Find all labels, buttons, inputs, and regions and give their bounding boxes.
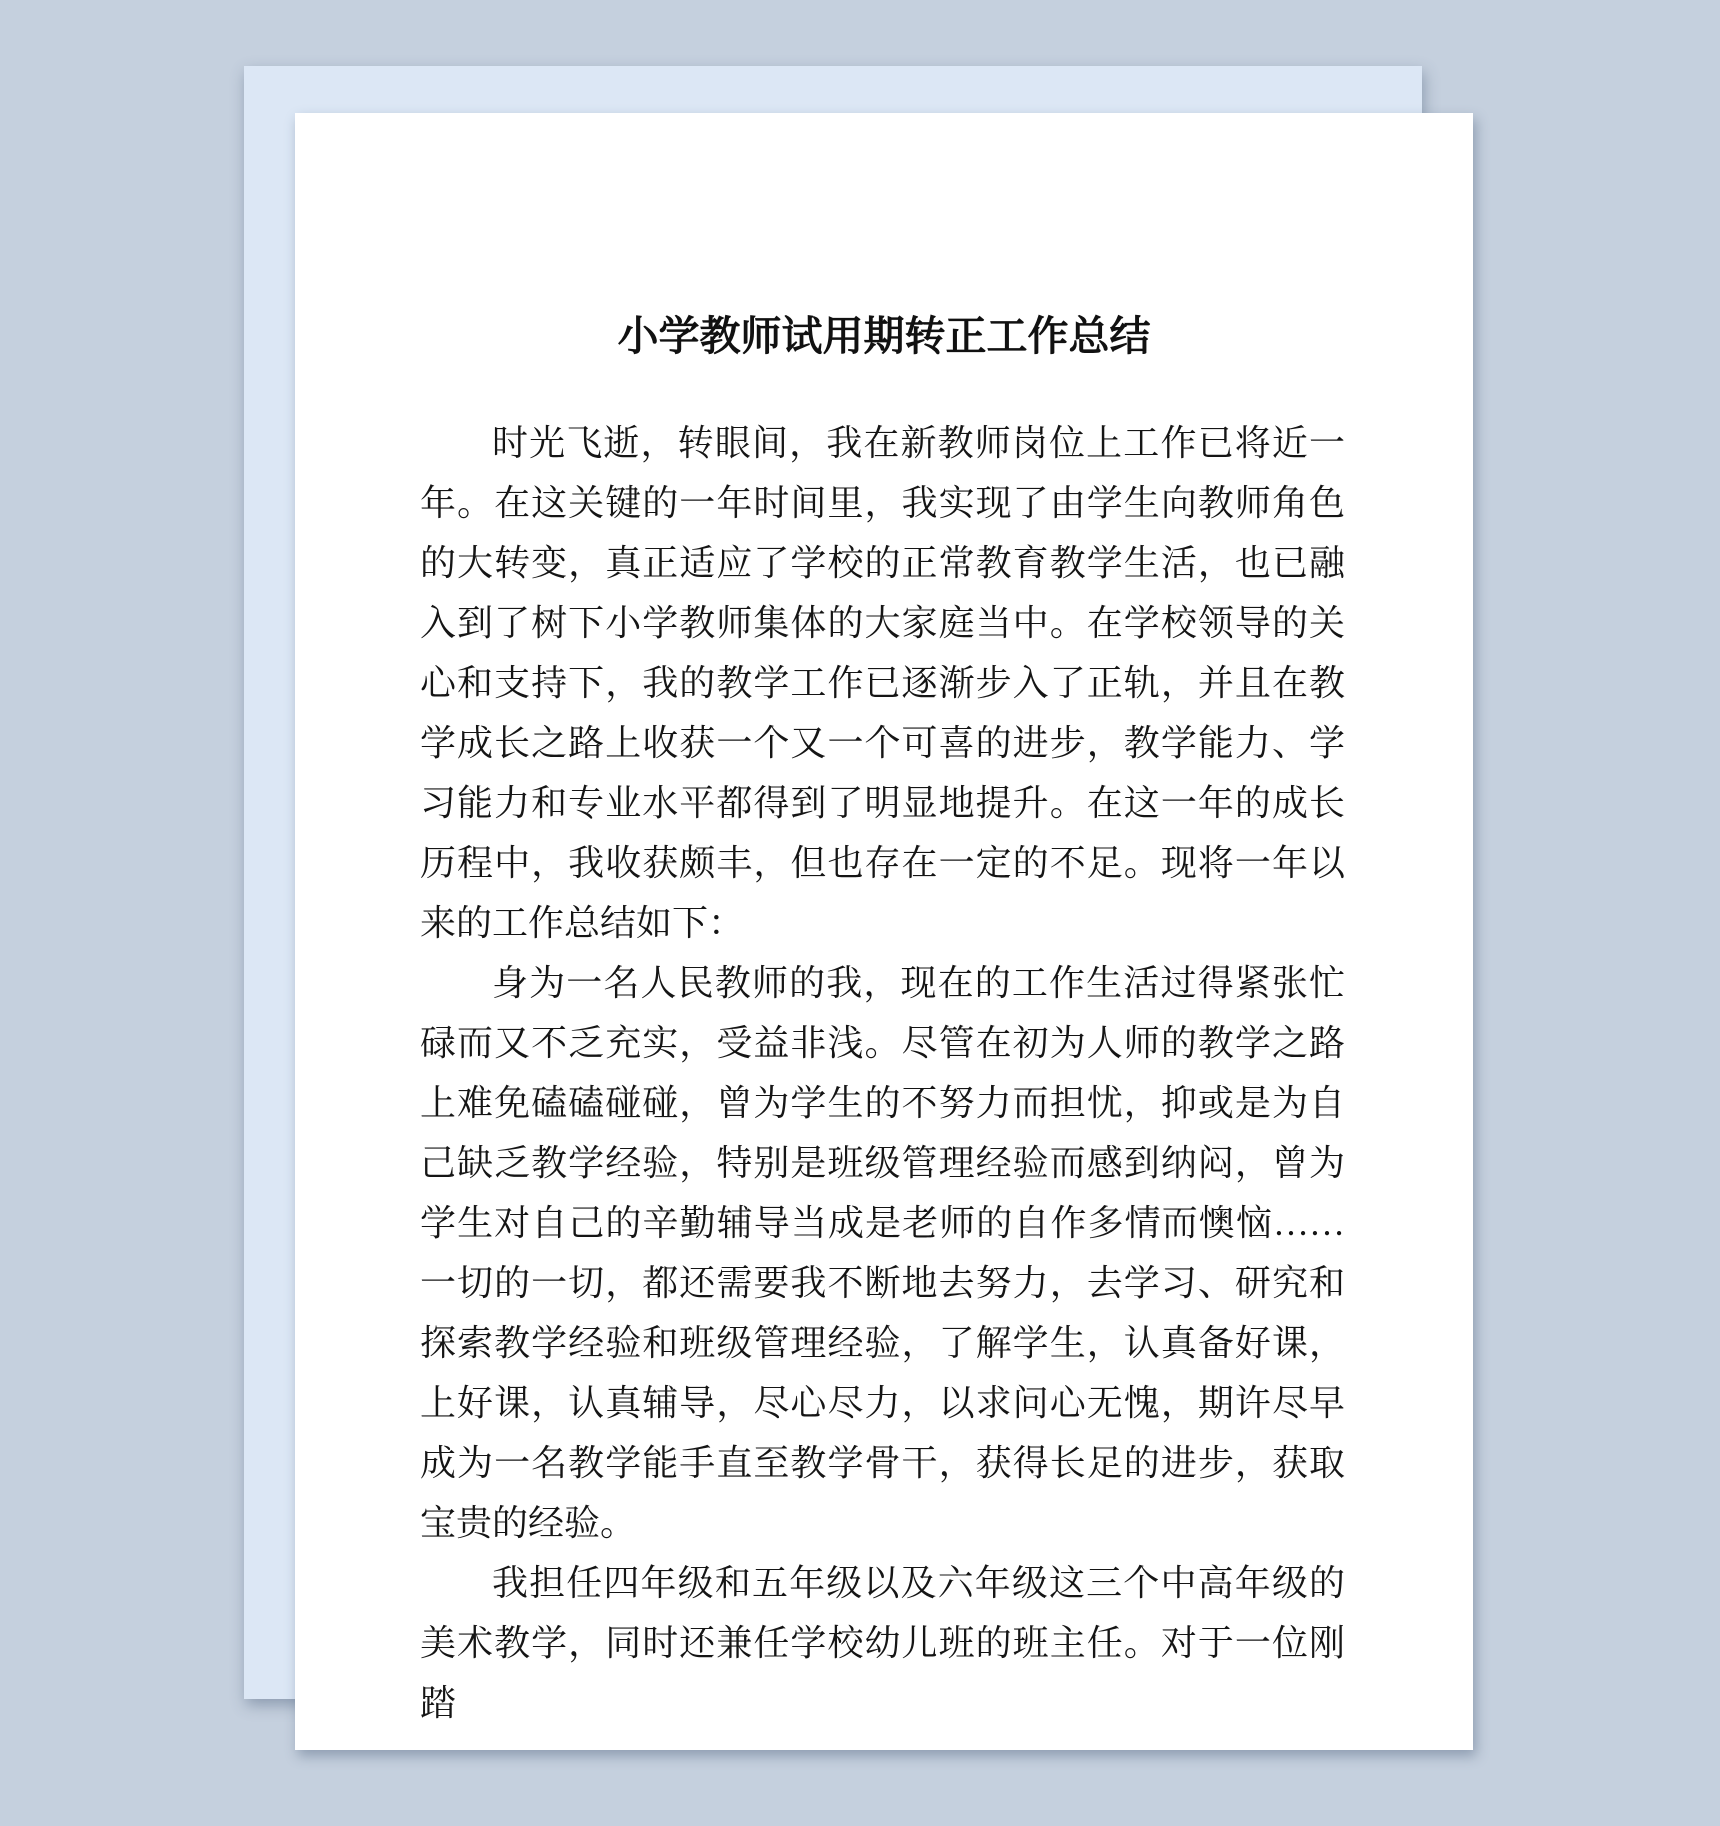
document-page: 小学教师试用期转正工作总结 时光飞逝，转眼间，我在新教师岗位上工作已将近一年。在… [295,113,1473,1750]
desktop-background: { "document": { "title": "小学教师试用期转正工作总结"… [0,0,1720,1826]
paragraph-1: 时光飞逝，转眼间，我在新教师岗位上工作已将近一年。在这关键的一年时间里，我实现了… [420,413,1345,953]
paragraph-3: 我担任四年级和五年级以及六年级这三个中高年级的美术教学，同时还兼任学校幼儿班的班… [420,1553,1345,1733]
document-body: 时光飞逝，转眼间，我在新教师岗位上工作已将近一年。在这关键的一年时间里，我实现了… [420,413,1345,1733]
document-title: 小学教师试用期转正工作总结 [295,312,1473,360]
paragraph-2: 身为一名人民教师的我，现在的工作生活过得紧张忙碌而又不乏充实，受益非浅。尽管在初… [420,953,1345,1553]
